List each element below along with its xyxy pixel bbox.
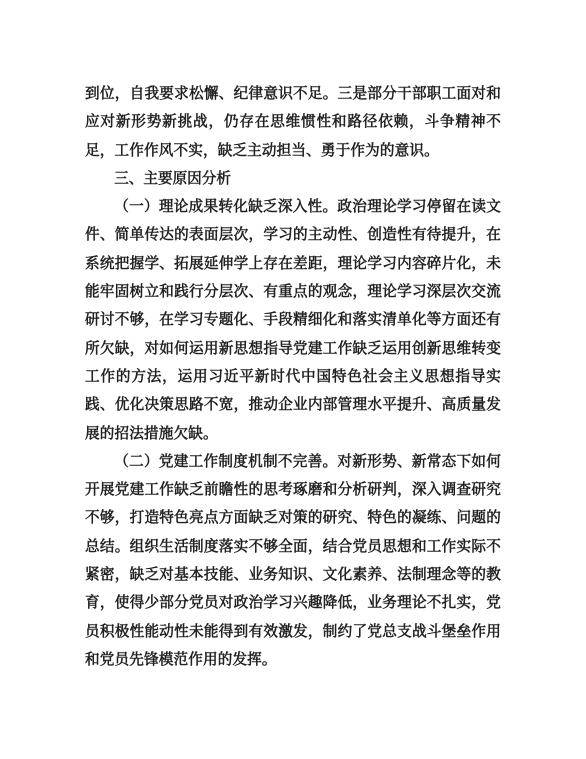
section-heading: 三、主要原因分析 <box>85 165 501 193</box>
document-page: 到位，自我要求松懈、纪律意识不足。三是部分干部职工面对和应对新形势新挑战，仍存在… <box>85 80 501 674</box>
paragraph-cause-1: （一）理论成果转化缺乏深入性。政治理论学习停留在读文件、简单传达的表面层次，学习… <box>85 193 501 448</box>
paragraph-continuation: 到位，自我要求松懈、纪律意识不足。三是部分干部职工面对和应对新形势新挑战，仍存在… <box>85 80 501 165</box>
paragraph-cause-2: （二）党建工作制度机制不完善。对新形势、新常态下如何开展党建工作缺乏前瞻性的思考… <box>85 448 501 674</box>
